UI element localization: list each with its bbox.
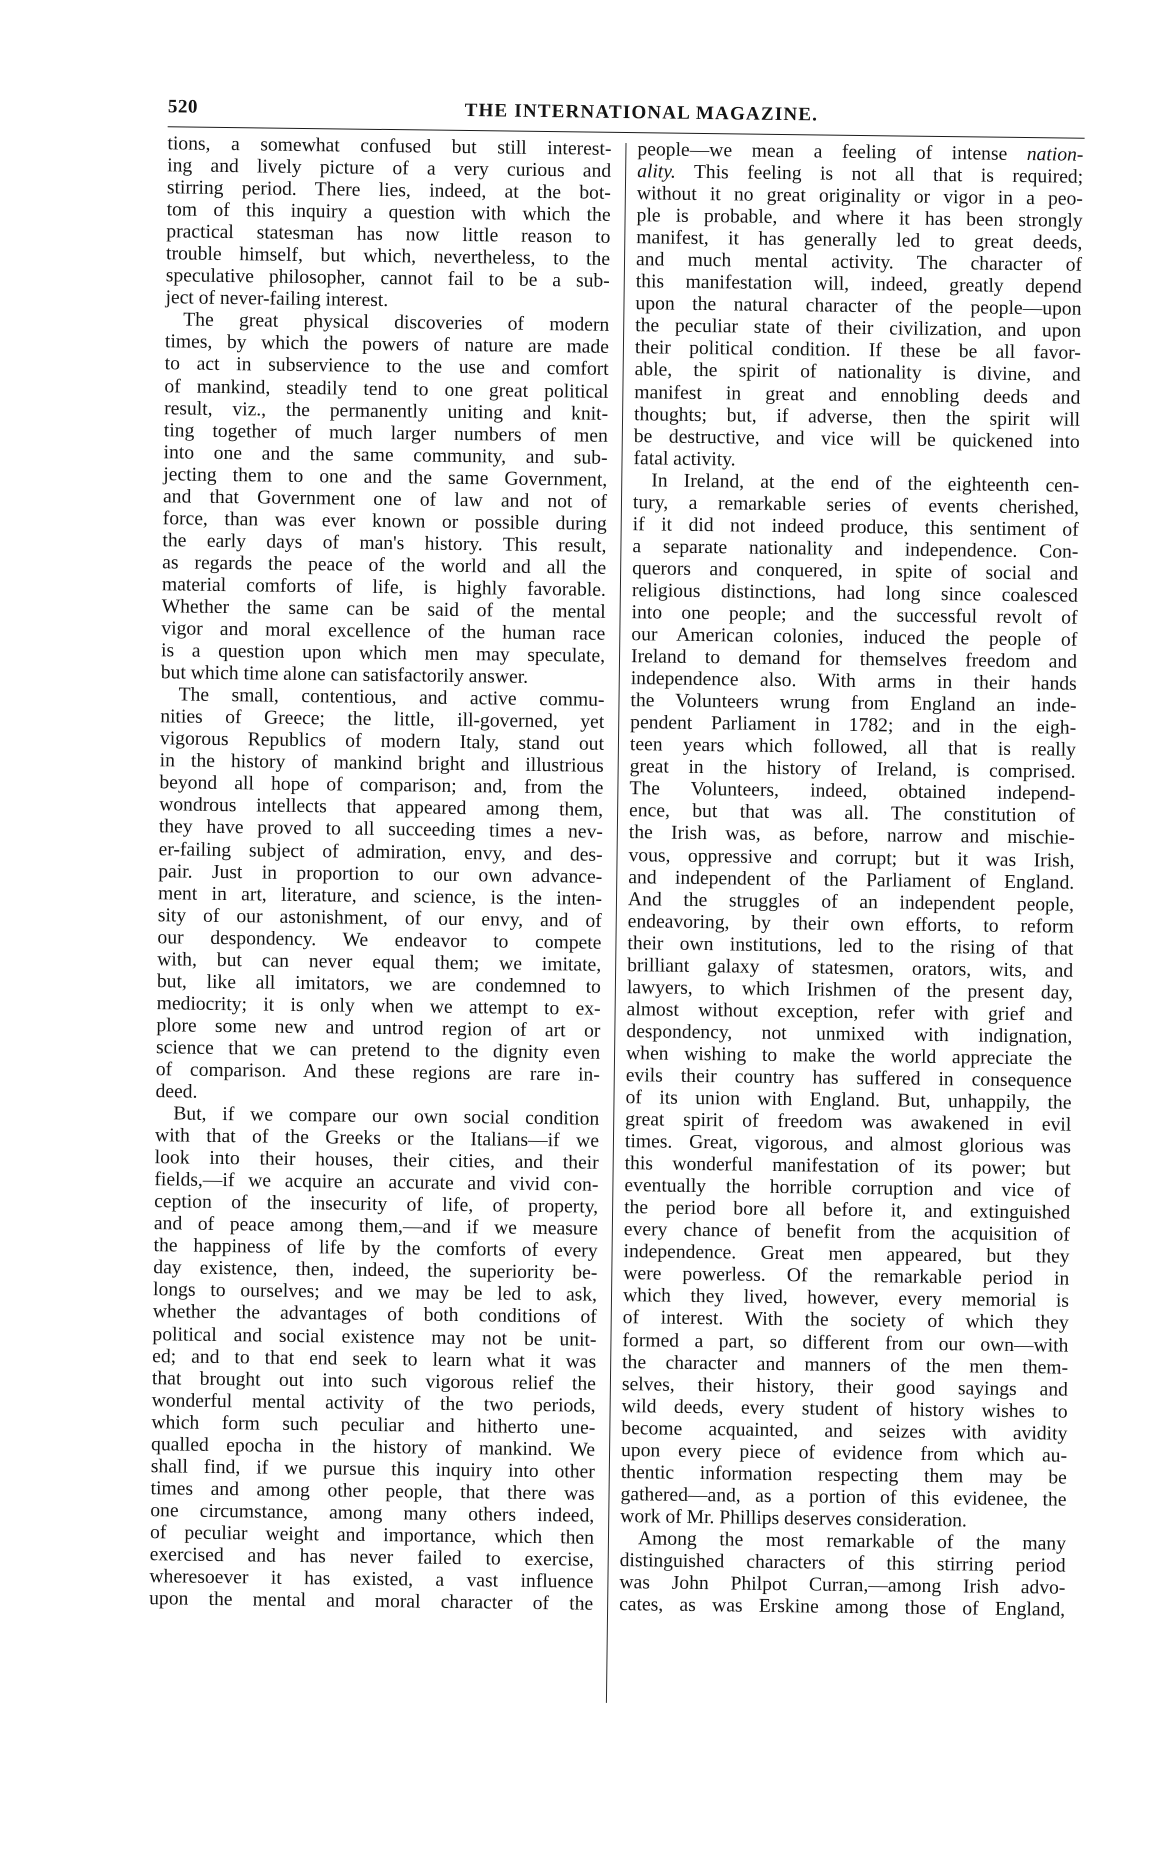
- text-line: cates, as was Erskine among those of Eng…: [619, 1594, 1065, 1622]
- magazine-page: 520 THE INTERNATIONAL MAGAZINE. tions, a…: [0, 0, 1176, 1850]
- italic-text: nation-: [1027, 144, 1084, 166]
- right-column: people—we mean a feeling of intense nati…: [619, 139, 1084, 1622]
- text-line: upon the mental and moral character of t…: [149, 1588, 593, 1616]
- left-column: tions, a somewhat confused but still int…: [149, 133, 612, 1616]
- italic-text: ality.: [637, 161, 676, 182]
- running-title: THE INTERNATIONAL MAGAZINE.: [168, 96, 1085, 130]
